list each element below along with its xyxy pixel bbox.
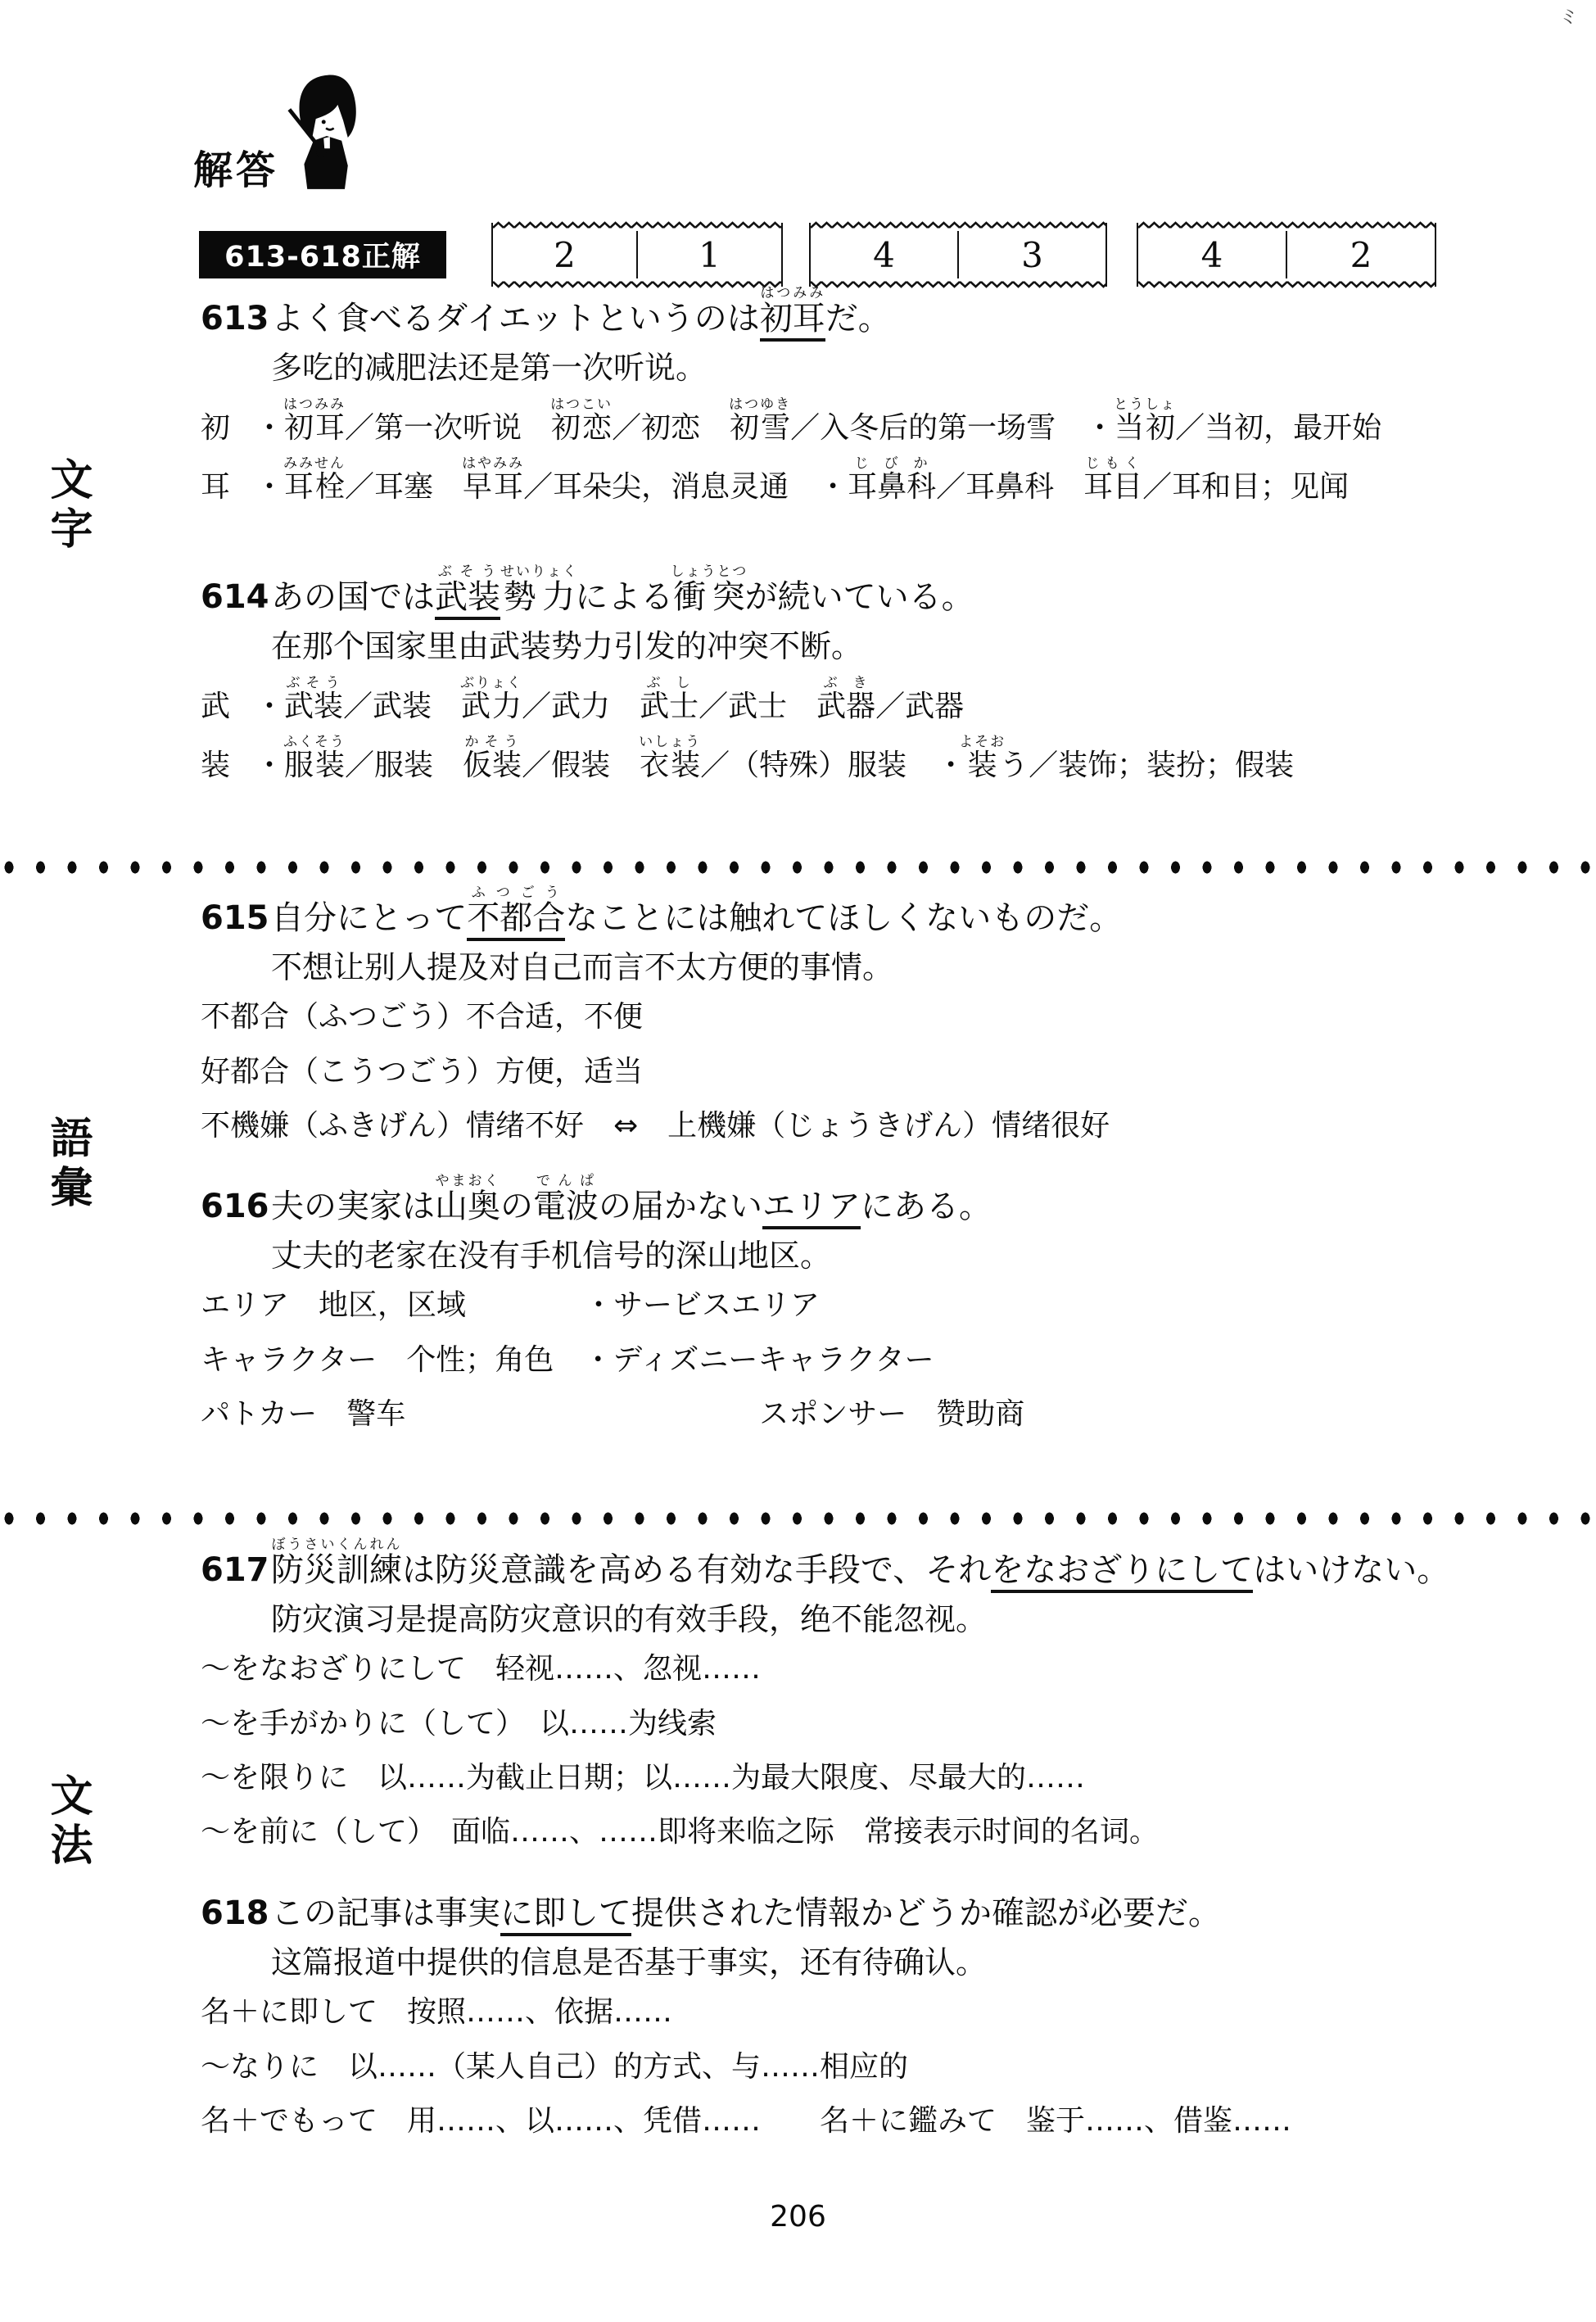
note-line: ～を手がかりに（して） 以……为线索 <box>201 1703 1494 1745</box>
vocab-entries: ・武装ぶそう／武装 武力ぶりょく／武力 武士ぶし／武士 武器ぶき／武器 <box>255 675 964 734</box>
question-sentence: 自分にとって不都合ふつごうなことには触れてほしくないものだ。 <box>271 885 1122 946</box>
section-label-moji: 文字 <box>46 457 88 555</box>
answer-value: 3 <box>957 231 1105 278</box>
question-number: 614 <box>201 578 271 616</box>
page-number: 206 <box>0 2200 1596 2234</box>
note-line: ～をなおざりにして 轻视……、忽视…… <box>201 1648 1494 1691</box>
question-613: 613 よく食べるダイエットというのは初耳はつみみだ。 多吃的减肥法还是第一次听… <box>201 285 1494 514</box>
question-sentence: 夫の実家は山奥やまおくの電波でんぱの届かないエリアにある。 <box>271 1173 992 1234</box>
answer-value: 2 <box>493 231 636 278</box>
question-sentence: あの国では武装ぶそう勢力せいりょくによる衝突しょうとつが続いている。 <box>271 564 974 625</box>
section-label-goi: 語彙 <box>46 1116 88 1214</box>
vocab-row: 装 ・服装ふくそう／服装 仮装かそう／假装 衣装いしょう／（特殊）服装 ・装よそ… <box>201 734 1494 793</box>
question-translation: 多吃的减肥法还是第一次听说。 <box>271 348 1494 388</box>
question-translation: 不想让别人提及对自己而言不太方便的事情。 <box>271 948 1494 988</box>
answer-box-3: 4 2 <box>1137 223 1436 287</box>
answer-value: 2 <box>1286 231 1435 278</box>
note-line: 名＋に即して 按照……、依据…… <box>201 1991 1494 2034</box>
dotted-divider <box>0 1510 1596 1528</box>
note-line: エリア 地区，区域 ・サービスエリア <box>201 1284 1494 1327</box>
note-line: ～を限りに 以……为截止日期；以……为最大限度、尽最大的…… <box>201 1757 1494 1799</box>
question-translation: 这篇报道中提供的信息是否基于事实，还有待确认。 <box>271 1943 1494 1983</box>
vocab-head-char: 武 <box>201 681 255 734</box>
question-number: 618 <box>201 1894 271 1932</box>
answer-value: 4 <box>811 231 957 278</box>
answers-title: 解答 <box>193 138 278 195</box>
zigzag-edge <box>1138 221 1435 229</box>
teacher-girl-icon <box>283 70 372 203</box>
note-line: ～を前に（して） 面临……、……即将来临之际 常接表示时间的名词。 <box>201 1811 1494 1854</box>
note-line: キャラクター 个性；角色 ・ディズニーキャラクター <box>201 1339 1494 1382</box>
note-line: 好都合（こうつごう）方便，适当 <box>201 1051 1494 1093</box>
question-614: 614 あの国では武装ぶそう勢力せいりょくによる衝突しょうとつが続いている。 在… <box>201 564 1494 793</box>
vocab-row: 武 ・武装ぶそう／武装 武力ぶりょく／武力 武士ぶし／武士 武器ぶき／武器 <box>201 675 1494 734</box>
question-618: 618 この記事は事実に即して提供された情報かどうか確認が必要だ。 这篇报道中提… <box>201 1885 1494 2154</box>
answer-range-label: 613-618正解 <box>199 231 446 278</box>
question-616: 616 夫の実家は山奥やまおくの電波でんぱの届かないエリアにある。 丈夫的老家在… <box>201 1173 1494 1447</box>
note-line: ～なりに 以……（某人自己）的方式、与……相应的 <box>201 2046 1494 2089</box>
answer-value: 1 <box>636 231 781 278</box>
question-number: 615 <box>201 899 271 937</box>
question-sentence: よく食べるダイエットというのは初耳はつみみだ。 <box>271 285 891 346</box>
vocab-row: 初 ・初耳はつみみ／第一次听说 初恋はつこい／初恋 初雪はつゆき／入冬后的第一场… <box>201 396 1494 455</box>
question-sentence: この記事は事実に即して提供された情報かどうか確認が必要だ。 <box>271 1885 1221 1941</box>
question-translation: 丈夫的老家在没有手机信号的深山地区。 <box>271 1236 1494 1276</box>
vocab-entries: ・初耳はつみみ／第一次听说 初恋はつこい／初恋 初雪はつゆき／入冬后的第一场雪 … <box>255 396 1381 455</box>
vocab-head-char: 初 <box>201 402 255 455</box>
answer-box-1: 2 1 <box>491 223 783 287</box>
answer-box-2: 4 3 <box>809 223 1107 287</box>
zigzag-edge <box>811 221 1105 229</box>
question-translation: 防灾演习是提高防灾意识的有效手段，绝不能忽视。 <box>271 1600 1494 1640</box>
zigzag-edge <box>493 221 781 229</box>
note-line: 不都合（ふつごう）不合适，不便 <box>201 996 1494 1039</box>
answers-header: 解答 <box>193 70 372 203</box>
dotted-divider <box>0 858 1596 876</box>
section-label-bunpou: 文法 <box>46 1773 88 1872</box>
note-line: 名＋でもって 用……、以……、凭借…… 名＋に鑑みて 鉴于……、借鉴…… <box>201 2100 1494 2143</box>
vocab-row: 耳 ・耳栓みみせん／耳塞 早耳はやみみ／耳朵尖，消息灵通 ・耳鼻科じびか／耳鼻科… <box>201 455 1494 514</box>
vocab-head-char: 装 <box>201 740 255 793</box>
question-number: 617 <box>201 1551 271 1589</box>
vocab-head-char: 耳 <box>201 461 255 514</box>
question-sentence: 防災訓練ぼうさいくんれんは防災意識を高める有効な手段で、それをなおざりにしてはい… <box>271 1537 1449 1598</box>
answer-value: 4 <box>1138 231 1286 278</box>
question-number: 616 <box>201 1188 271 1225</box>
question-615: 615 自分にとって不都合ふつごうなことには触れてほしくないものだ。 不想让别人… <box>201 885 1494 1159</box>
vocab-entries: ・服装ふくそう／服装 仮装かそう／假装 衣装いしょう／（特殊）服装 ・装よそおう… <box>255 734 1294 793</box>
question-translation: 在那个国家里由武装势力引发的冲突不断。 <box>271 627 1494 667</box>
note-line: 不機嫌（ふきげん）情绪不好 ⇔ 上機嫌（じょうきげん）情绪很好 <box>201 1105 1494 1147</box>
vocab-entries: ・耳栓みみせん／耳塞 早耳はやみみ／耳朵尖，消息灵通 ・耳鼻科じびか／耳鼻科 耳… <box>255 455 1349 514</box>
note-line: パトカー 警车 スポンサー 赞助商 <box>201 1393 1494 1436</box>
scan-artifact-mark: ミ <box>1558 2 1580 30</box>
textbook-answer-page: ミ 解答 613-618正解 2 1 4 3 <box>0 0 1596 2322</box>
question-617: 617 防災訓練ぼうさいくんれんは防災意識を高める有効な手段で、それをなおざりに… <box>201 1537 1494 1865</box>
question-number: 613 <box>201 300 271 337</box>
